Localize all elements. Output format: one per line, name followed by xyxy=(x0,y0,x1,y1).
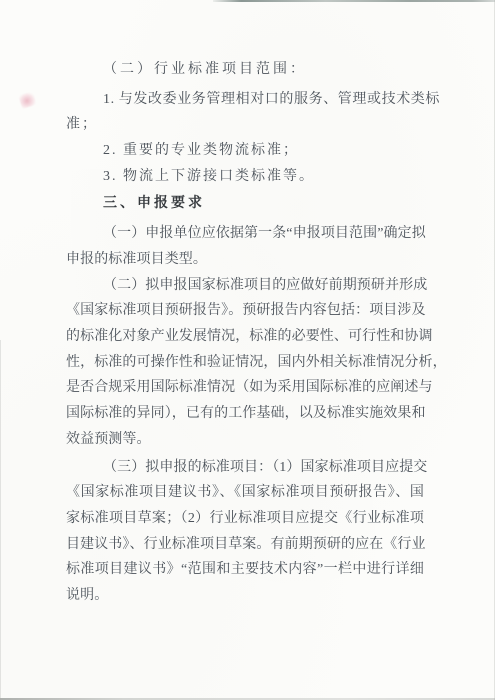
scan-edge-top xyxy=(213,0,495,2)
text-line: 《国家标准项目预研报告》。预研报告内容包括：项目涉及 xyxy=(66,298,424,324)
list-item-1: 1. 与发改委业务管理相对口的服务、管理或技术类标准； xyxy=(66,87,424,138)
list-item-2: 2. 重要的专业类物流标准； xyxy=(66,138,424,164)
text-line: 2. 重要的专业类物流标准； xyxy=(66,138,424,164)
subsection-heading-industry-scope: （二）行业标准项目范围： xyxy=(66,57,424,83)
text-line: 《国家标准项目建议书》、《国家标准项目预研报告》、国 xyxy=(66,480,424,506)
text-line: 效益预测等。 xyxy=(66,427,424,453)
text-line: 国际标准的异同），已有的工作基础，以及标准实施效果和 xyxy=(66,401,424,427)
text-line: 准； xyxy=(66,112,424,138)
pink-smudge-mark xyxy=(18,91,37,109)
text-line: （二）拟申报国家标准项目的应做好前期预研并形成 xyxy=(66,273,424,299)
paragraph-requirement-3: （三）拟申报的标准项目：（1）国家标准项目应提交《国家标准项目建议书》、《国家标… xyxy=(66,455,424,609)
text-line: 1. 与发改委业务管理相对口的服务、管理或技术类标 xyxy=(66,87,424,113)
text-line: （一）申报单位应依据第一条“申报项目范围”确定拟 xyxy=(66,221,424,247)
scanned-document-page: （二）行业标准项目范围：1. 与发改委业务管理相对口的服务、管理或技术类标准；2… xyxy=(0,0,495,700)
text-line: 3. 物流上下游接口类标准等。 xyxy=(66,164,424,190)
paragraph-requirement-2: （二）拟申报国家标准项目的应做好前期预研并形成《国家标准项目预研报告》。预研报告… xyxy=(66,273,424,453)
text-line: 的标准化对象产业发展情况，标准的必要性、可行性和协调 xyxy=(66,324,424,350)
section-heading-declaration-requirements: 三、申报要求 xyxy=(66,190,424,216)
text-line: 说明。 xyxy=(66,583,424,609)
text-line: （三）拟申报的标准项目：（1）国家标准项目应提交 xyxy=(66,455,424,481)
text-line: 申报的标准项目类型。 xyxy=(66,247,424,273)
list-item-3: 3. 物流上下游接口类标准等。 xyxy=(66,164,424,190)
text-line: 目建议书》、行业标准项目草案。有前期预研的应在《行业 xyxy=(66,532,424,558)
text-line: （二）行业标准项目范围： xyxy=(66,57,424,83)
document-text-block: （二）行业标准项目范围：1. 与发改委业务管理相对口的服务、管理或技术类标准；2… xyxy=(66,57,424,609)
paragraph-requirement-1: （一）申报单位应依据第一条“申报项目范围”确定拟申报的标准项目类型。 xyxy=(66,221,424,272)
text-line: 家标准项目草案；（2）行业标准项目应提交《行业标准项 xyxy=(66,506,424,532)
text-line: 标准项目建议书》“范围和主要技术内容”一栏中进行详细 xyxy=(66,557,424,583)
scan-edge-left xyxy=(0,340,1,700)
text-line: 性，标准的可操作性和验证情况，国内外相关标准情况分析， xyxy=(66,350,424,376)
text-line: 是否合规采用国际标准情况（如为采用国际标准的应阐述与 xyxy=(66,375,424,401)
text-line: 三、申报要求 xyxy=(66,190,424,216)
